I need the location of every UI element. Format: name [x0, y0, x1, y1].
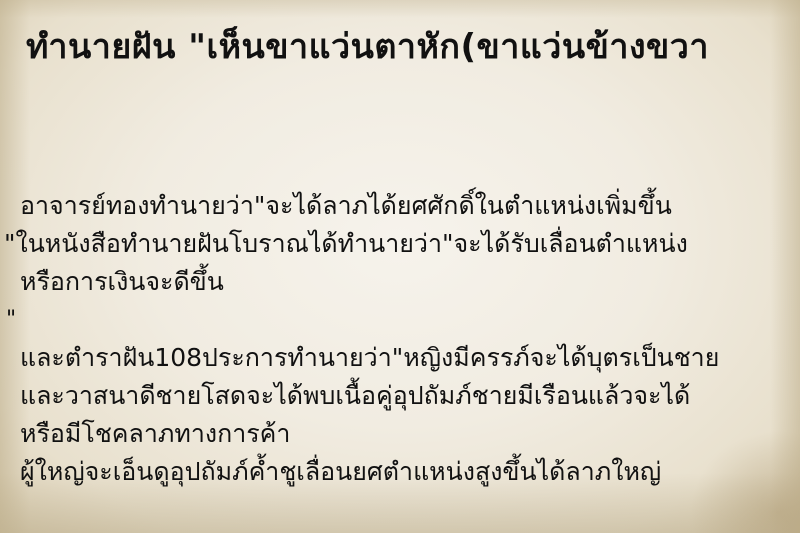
interpretation-line-4: และตำราฝัน108ประการทำนายว่า"หญิงมีครรภ์จ… [0, 342, 800, 374]
closing-quote-mark: " [0, 304, 800, 336]
interpretation-line-3: หรือการเงินจะดีขึ้น [0, 266, 800, 298]
page-title: ทำนายฝัน "เห็นขาแว่นตาหัก(ขาแว่นข้างขวา [26, 22, 709, 72]
interpretation-line-1: อาจารย์ทองทำนายว่า"จะได้ลาภได้ยศศักดิ์ใน… [0, 190, 800, 222]
interpretation-line-6: หรือมีโชคลาภทางการค้า [0, 418, 800, 450]
interpretation-line-7: ผู้ใหญ่จะเอ็นดูอุปถัมภ์ค้ำชูเลื่อนยศตำแห… [0, 456, 800, 488]
interpretation-line-5: และวาสนาดีชายโสดจะได้พบเนื้อคู่อุปถัมภ์ช… [0, 380, 800, 412]
interpretation-body: อาจารย์ทองทำนายว่า"จะได้ลาภได้ยศศักดิ์ใน… [0, 190, 800, 488]
interpretation-line-2: "ในหนังสือทำนายฝันโบราณได้ทำนายว่า"จะได้… [0, 228, 800, 260]
